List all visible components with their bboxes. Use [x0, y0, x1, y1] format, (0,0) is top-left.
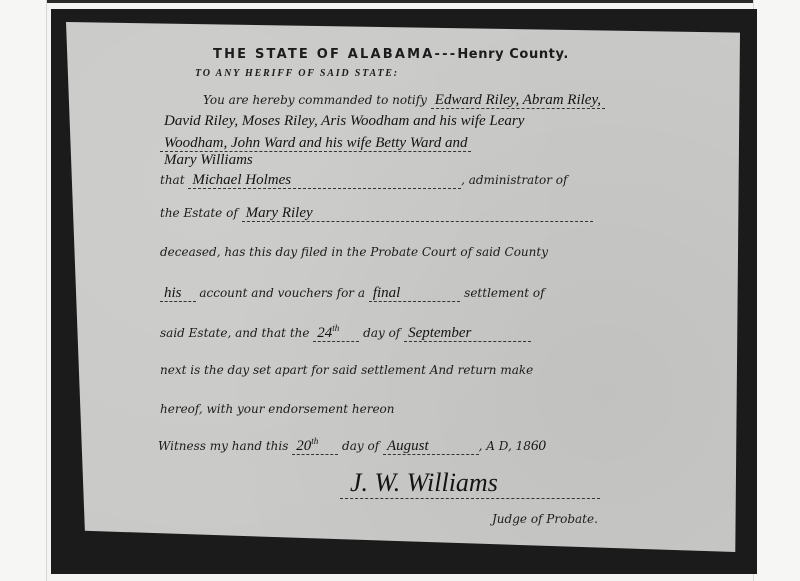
- command-text: You are hereby commanded to notify: [203, 93, 427, 107]
- estate-line: the Estate of Mary Riley: [160, 205, 593, 222]
- judge-signature: J. W. Williams: [340, 468, 600, 499]
- notified-line-4: Mary Williams: [160, 152, 257, 169]
- hearing-day: 24th: [313, 325, 359, 342]
- notified-line-3: Woodham, John Ward and his wife Betty Wa…: [160, 135, 471, 152]
- notified-persons-1: Edward Riley, Abram Riley,: [431, 92, 605, 109]
- administrator-name: Michael Holmes: [188, 172, 461, 189]
- notified-persons-3: Woodham, John Ward and his wife Betty Wa…: [160, 135, 471, 152]
- signer-title: Judge of Probate.: [492, 512, 598, 526]
- estate-name: Mary Riley: [242, 205, 593, 222]
- that-label: that: [160, 173, 185, 187]
- account-owner: his: [160, 285, 196, 302]
- witness-prefix: Witness my hand this: [158, 439, 288, 453]
- witness-day: 20th: [292, 438, 338, 455]
- command-line: You are hereby commanded to notify Edwar…: [203, 92, 605, 109]
- probate-notice: THE STATE OF ALABAMA---Henry County. TO …: [0, 0, 800, 581]
- administrator-line: that Michael Holmes, administrator of: [160, 172, 567, 189]
- notified-persons-4: Mary Williams: [160, 152, 257, 168]
- said-estate-text: said Estate, and that the: [160, 326, 309, 340]
- anno-domini: , A D, 18: [479, 439, 531, 453]
- settlement-line: next is the day set apart for said settl…: [160, 363, 533, 377]
- witness-day-of: day of: [342, 439, 379, 453]
- notified-line-2: David Riley, Moses Riley, Aris Woodham a…: [160, 113, 528, 130]
- document-subheading: TO ANY HERIFF OF SAID STATE:: [195, 68, 399, 79]
- state-title: THE STATE OF ALABAMA---: [213, 47, 457, 62]
- notified-persons-2: David Riley, Moses Riley, Aris Woodham a…: [160, 113, 528, 129]
- county-title: Henry County.: [457, 47, 569, 62]
- account-text: account and vouchers for a: [199, 286, 365, 300]
- account-line: his account and vouchers for a final set…: [160, 285, 545, 302]
- hereof-line: hereof, with your endorsement hereon: [160, 402, 395, 416]
- administrator-suffix: , administrator of: [461, 173, 567, 187]
- year-suffix: 60: [531, 438, 546, 454]
- settlement-suffix: settlement of: [464, 286, 544, 300]
- witness-month: August: [383, 438, 479, 455]
- witness-line: Witness my hand this 20th day of August,…: [158, 436, 546, 455]
- hearing-month: September: [404, 325, 531, 342]
- estate-prefix: the Estate of: [160, 206, 238, 220]
- settlement-type: final: [369, 285, 461, 302]
- document-heading: THE STATE OF ALABAMA---Henry County.: [213, 47, 569, 62]
- day-of-text: day of: [363, 326, 400, 340]
- hearing-date-line: said Estate, and that the 24th day of Se…: [160, 323, 531, 342]
- deceased-line: deceased, has this day filed in the Prob…: [160, 245, 548, 259]
